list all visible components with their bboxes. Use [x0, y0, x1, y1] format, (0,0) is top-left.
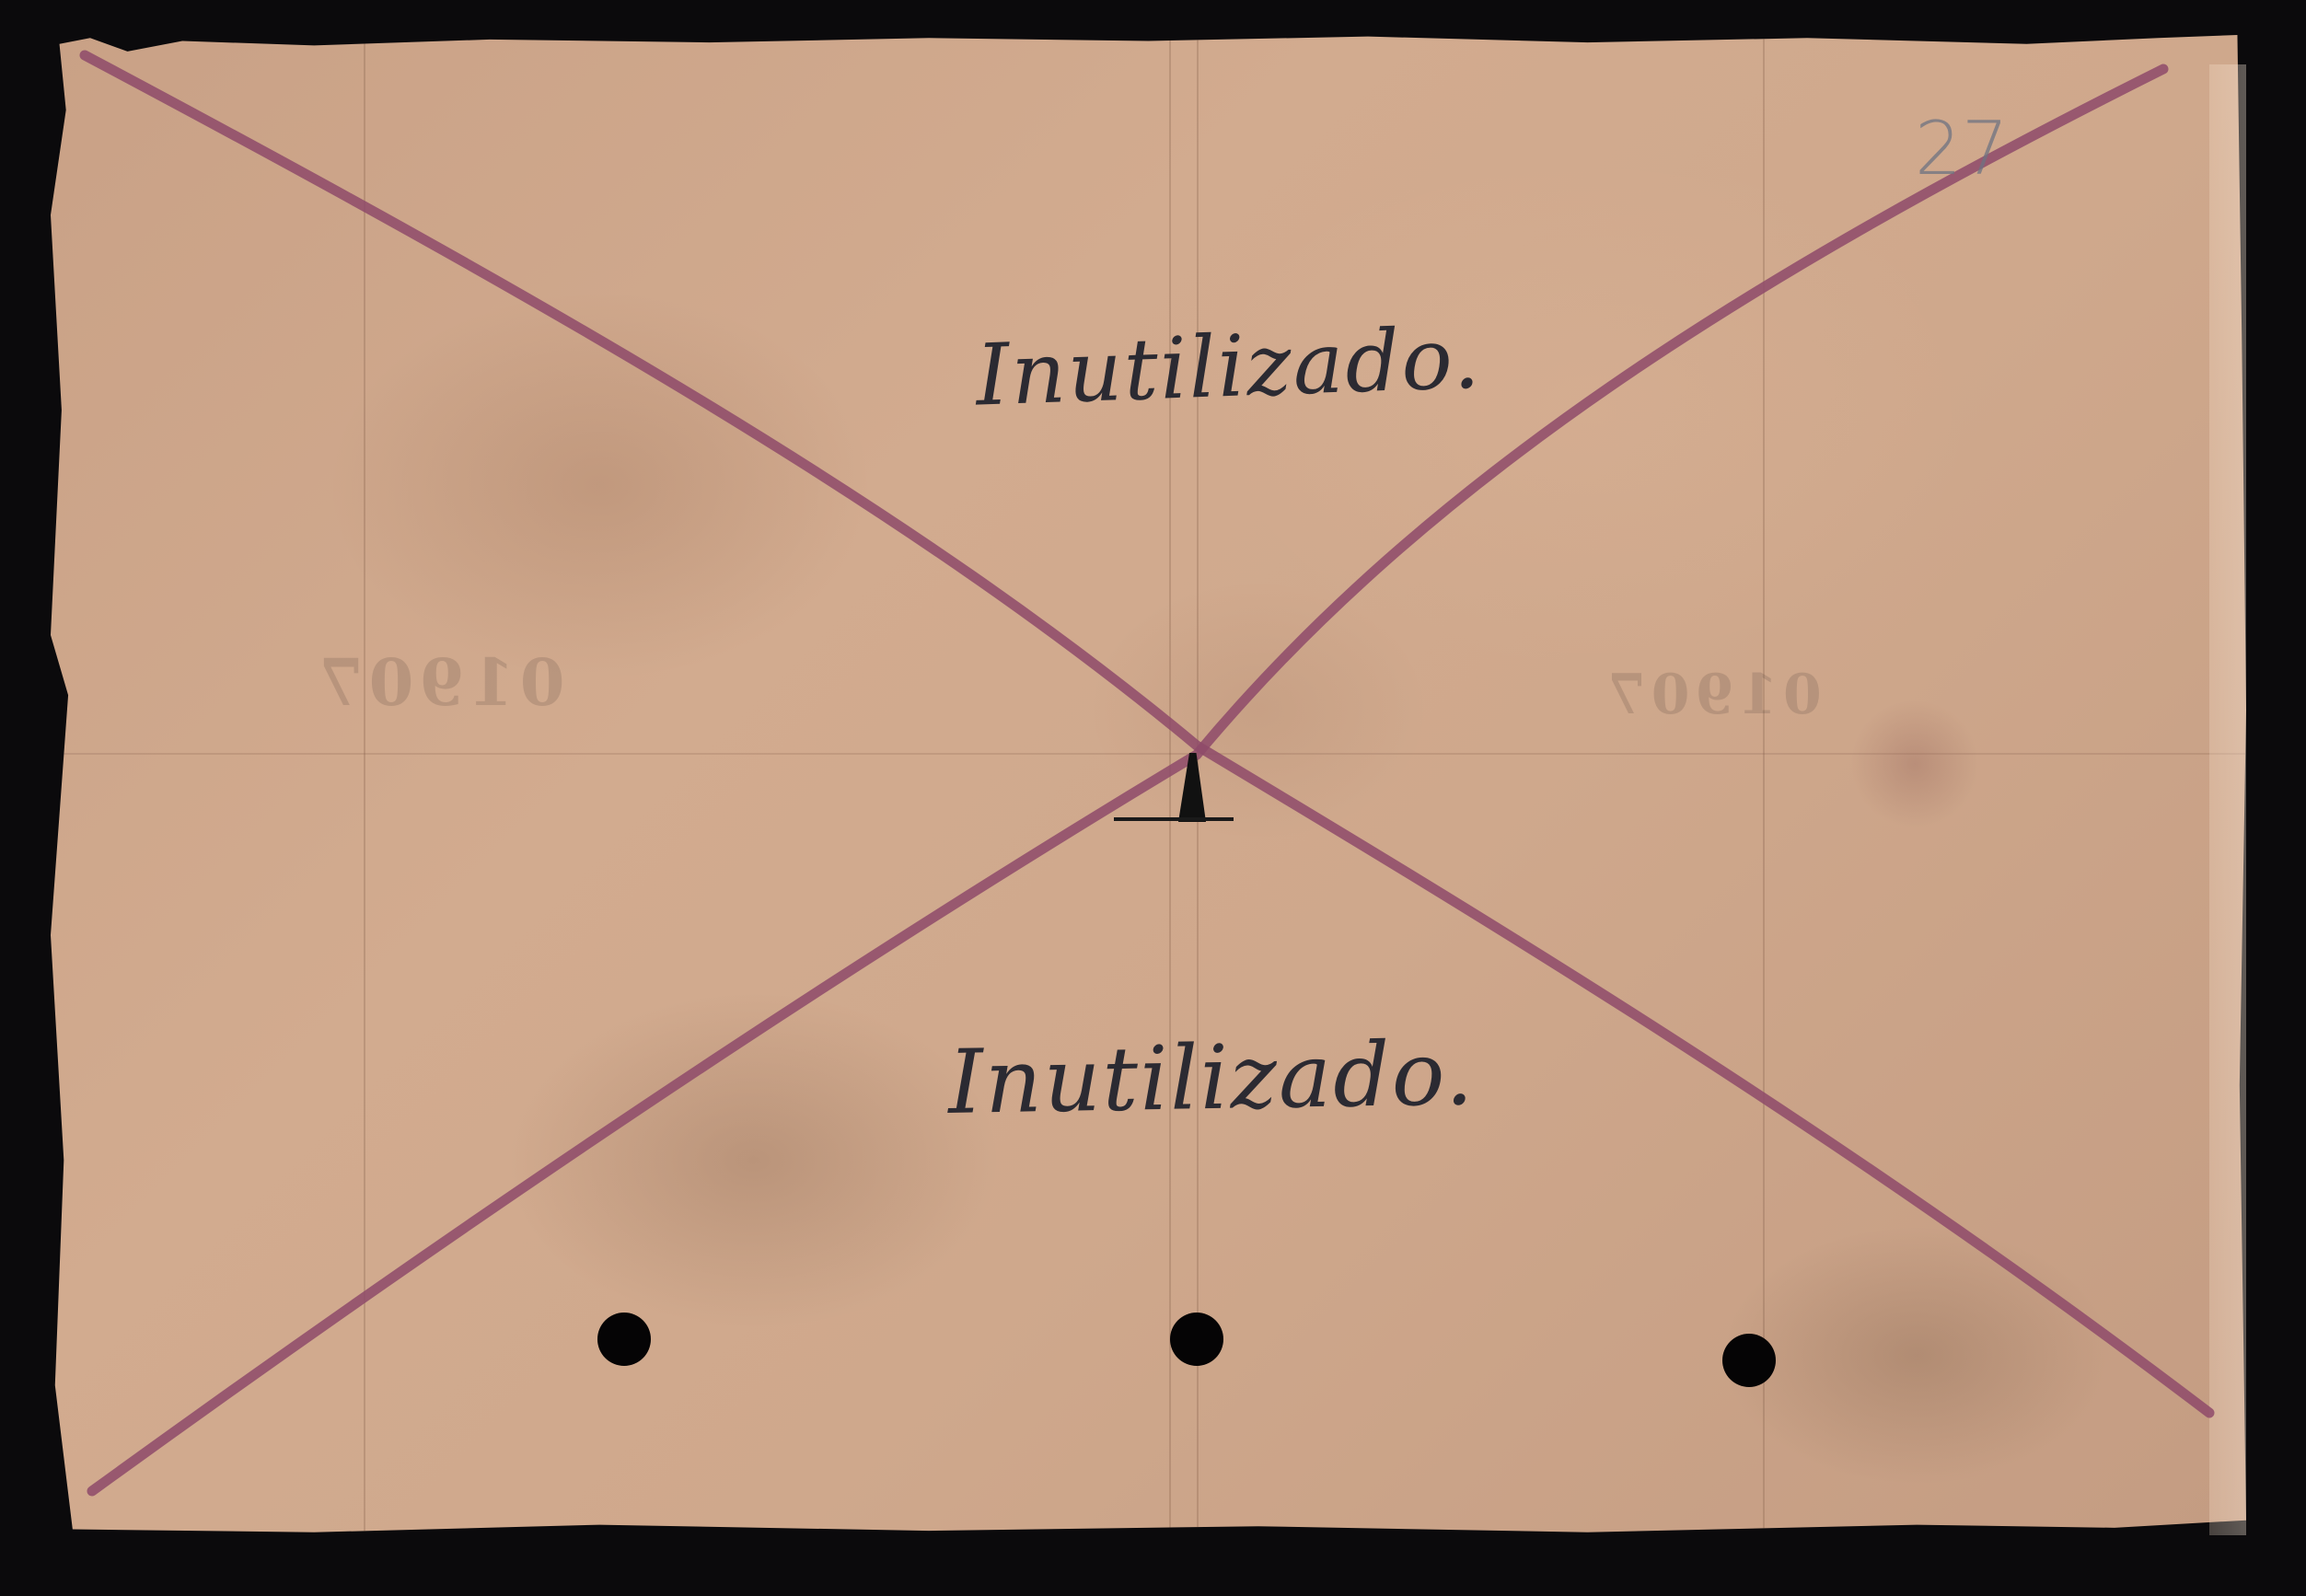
- show-through-serial-left: 01907: [313, 644, 565, 721]
- fold-line: [1763, 35, 1765, 1535]
- fold-line: [1169, 35, 1171, 1535]
- punch-hole: [1170, 1313, 1223, 1366]
- punch-hole: [597, 1313, 651, 1366]
- show-through-serial-right: 01907: [1602, 663, 1822, 727]
- paper-edge-strip: [2209, 64, 2246, 1535]
- fold-line: [364, 35, 365, 1535]
- pencil-number: 27: [1915, 106, 2009, 191]
- stain-mark: [1850, 700, 1979, 828]
- ink-stroke: [1114, 817, 1234, 821]
- handwritten-annotation-bottom: Inutilizado.: [947, 1022, 1476, 1134]
- handwritten-annotation-top: Inutilizado.: [974, 308, 1483, 424]
- document-scan: 01907 01907 Inutilizado. Inutilizado. 27: [0, 0, 2306, 1596]
- punch-hole: [1722, 1334, 1776, 1387]
